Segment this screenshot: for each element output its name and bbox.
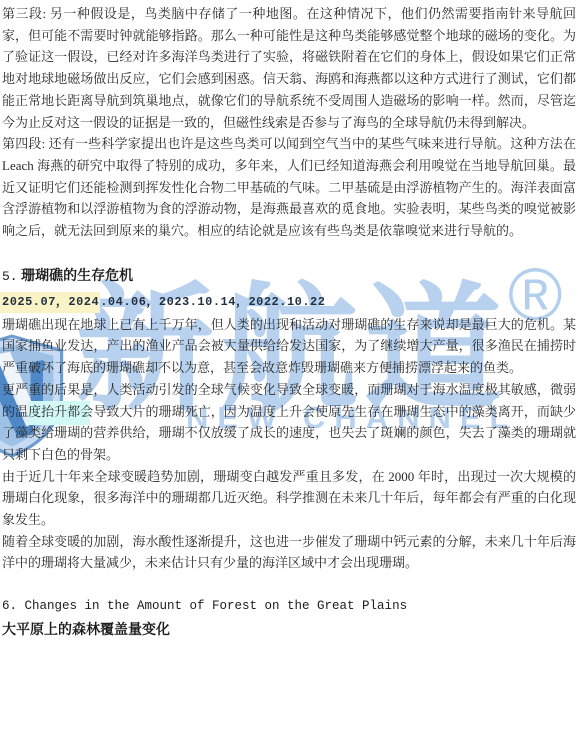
document-content: 第三段: 另一种假设是，鸟类脑中存储了一种地图。在这种情况下，他们仍然需要指南针… bbox=[0, 0, 578, 641]
paragraph-coral-warming-bleaching: 更严重的后果是，人类活动引发的全球气候变化导致全球变暖，而珊瑚对于海水温度极其敏… bbox=[2, 379, 576, 466]
section-6-heading-zh: 大平原上的森林覆盖量变化 bbox=[2, 621, 576, 641]
section-5-dates: 2025.07，2024.04.06，2023.10.14，2022.10.22 bbox=[2, 290, 576, 314]
section-5-title: 珊瑚礁的生存危机 bbox=[21, 269, 133, 284]
section-6-heading-en: 6. Changes in the Amount of Forest on th… bbox=[2, 596, 576, 616]
document-page: 新航道 ® NEW CHANNEL 第三段: 另一种假设是，鸟类脑中存储了一种地… bbox=[0, 0, 578, 748]
paragraph-bird-map-hypothesis: 第三段: 另一种假设是，鸟类脑中存储了一种地图。在这种情况下，他们仍然需要指南针… bbox=[2, 3, 576, 133]
dates-highlighted-part: 2025.07，2024 bbox=[0, 292, 100, 313]
paragraph-coral-bleaching-2000: 由于近几十年来全球变暖趋势加剧，珊瑚变白越发严重且多发，在 2000 年时，出现… bbox=[2, 466, 576, 531]
paragraph-coral-fishing-damage: 珊瑚礁出现在地球上已有上千万年，但人类的出现和活动对珊瑚礁的生存来说却是最巨大的… bbox=[2, 314, 576, 379]
paragraph-coral-acidification: 随着全球变暖的加剧，海水酸性逐渐提升，这也进一步催发了珊瑚中钙元素的分解，未来几… bbox=[2, 531, 576, 574]
dates-rest-part: .04.06，2023.10.14，2022.10.22 bbox=[100, 295, 325, 309]
section-5-heading: 5. 珊瑚礁的生存危机 bbox=[2, 266, 576, 288]
paragraph-bird-smell-hypothesis: 第四段: 还有一些科学家提出也许是这些鸟类可以闻到空气当中的某些气味来进行导航。… bbox=[2, 133, 576, 242]
section-5-number: 5. bbox=[2, 269, 18, 284]
